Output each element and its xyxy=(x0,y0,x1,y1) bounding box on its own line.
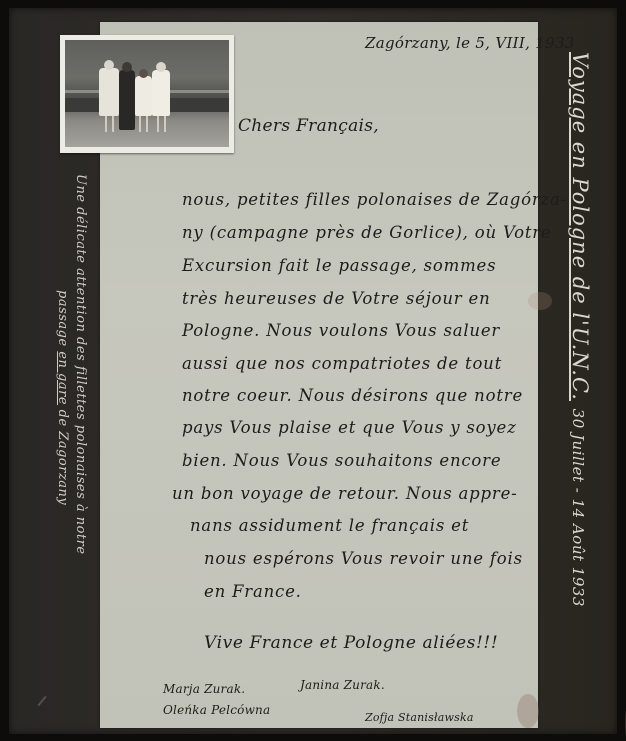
head xyxy=(156,62,166,72)
head xyxy=(104,60,114,70)
letter-line: nous, petites filles polonaises de Zagór… xyxy=(182,190,567,209)
caption-title: Voyage en Pologne de l'U.N.C. xyxy=(568,52,592,401)
legs xyxy=(146,116,148,132)
letter-salutation: Chers Français, xyxy=(238,116,379,136)
letter-line: un bon voyage de retour. Nous appre- xyxy=(172,484,518,503)
album-caption-left-line1: Une délicate attention des fillettes pol… xyxy=(73,174,88,555)
letter-line: pays Vous plaise et que Vous y soyez xyxy=(182,418,517,437)
letter-line: ny (campagne près de Gorlice), où Votre xyxy=(182,223,552,242)
letter-line: très heureuses de Votre séjour en xyxy=(182,289,491,308)
signature: Zofja Stanisławska xyxy=(365,711,474,724)
legs xyxy=(112,116,114,132)
signature: Janina Zurak. xyxy=(300,678,385,692)
letter-line: notre coeur. Nous désirons que notre xyxy=(182,386,523,405)
signature: Marja Zurak. xyxy=(163,682,245,696)
caption-text: de Zagorzany xyxy=(55,410,70,506)
letter-line: bien. Nous Vous souhaitons encore xyxy=(182,451,501,470)
woman-figure xyxy=(119,70,135,130)
caption-dates: 30 Juillet - 14 Août 1933 xyxy=(569,409,587,607)
legs xyxy=(105,116,107,132)
stain xyxy=(517,694,539,728)
caption-underlined-text: en gare xyxy=(55,351,70,405)
girl-figure xyxy=(99,68,119,116)
legs xyxy=(157,116,159,132)
letter-line: nans assidument le français et xyxy=(190,516,469,535)
caption-text: passage xyxy=(55,290,70,347)
letter-line: nous espérons Vous revoir une fois xyxy=(204,549,523,568)
letter-line: Excursion fait le passage, sommes xyxy=(182,256,496,275)
letter-line: aussi que nos compatriotes de tout xyxy=(182,354,502,373)
letter-line: Pologne. Nous voulons Vous saluer xyxy=(182,321,500,340)
head xyxy=(122,62,132,72)
album-caption-left-line2: passage en gare de Zagorzany xyxy=(55,290,70,505)
album-caption-right: Voyage en Pologne de l'U.N.C. 30 Juillet… xyxy=(568,52,592,607)
girl-figure xyxy=(152,70,170,116)
photograph xyxy=(60,35,234,153)
letter-dateline: Zagórzany, le 5, VIII, 1933 xyxy=(365,34,575,52)
letter-closing: Vive France et Pologne aliées!!! xyxy=(204,633,498,653)
legs xyxy=(164,116,166,132)
photo-image xyxy=(65,40,229,147)
girl-figure xyxy=(135,76,152,116)
head xyxy=(139,69,148,78)
legs xyxy=(139,116,141,132)
stain xyxy=(528,292,552,310)
letter-line: en France. xyxy=(204,582,302,601)
signature: Oleńka Pelcówna xyxy=(163,703,270,717)
